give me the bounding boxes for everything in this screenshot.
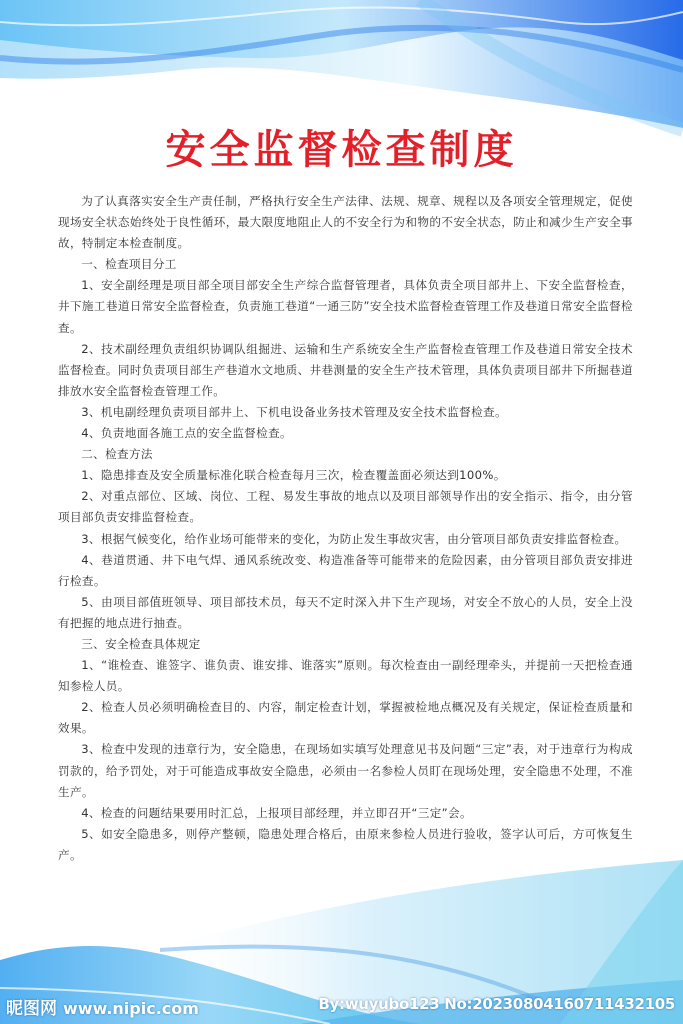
paragraph: 2、对重点部位、区域、岗位、工程、易发生事故的地点以及项目部领导作出的安全指示、… [58, 486, 633, 528]
section-heading-1: 一、检查项目分工 [58, 254, 633, 275]
paragraph: 5、如安全隐患多，则停产整顿，隐患处理合格后，由原来参检人员进行验收，签字认可后… [58, 824, 633, 866]
paragraph: 2、技术副经理负责组织协调队组掘进、运输和生产系统安全生产监督检查管理工作及巷道… [58, 339, 633, 402]
paragraph: 3、根据气候变化，给作业场可能带来的变化，为防止发生事故灾害，由分管项目部负责安… [58, 529, 633, 550]
paragraph: 2、检查人员必须明确检查目的、内容，制定检查计划，掌握被检地点概况及有关规定，保… [58, 697, 633, 739]
watermark-logo: 昵图网www.nipic.com [6, 994, 199, 1019]
paragraph: 1、安全副经理是项目部全项目部安全生产综合监督管理者，具体负责全项目部井上、下安… [58, 275, 633, 338]
paragraph: 3、检查中发现的违章行为，安全隐患，在现场如实填写处理意见书及问题“三定”表，对… [58, 739, 633, 802]
paragraph: 1、隐患排查及安全质量标准化联合检查每月三次，检查覆盖面必须达到100%。 [58, 465, 633, 486]
watermark-credit: By:wuyubo123 No:20230804160711432105 [318, 995, 675, 1013]
watermark-logo-text: 昵图网 [6, 999, 57, 1019]
page-title: 安全监督检查制度 [0, 118, 683, 175]
section-heading-3: 三、安全检查具体规定 [58, 634, 633, 655]
paragraph: 3、机电副经理负责项目部井上、下机电设备业务技术管理及安全技术监督检查。 [58, 402, 633, 423]
paragraph: 5、由项目部值班领导、项目部技术员，每天不定时深入井下生产现场，对安全不放心的人… [58, 592, 633, 634]
paragraph: 4、巷道贯通、井下电气焊、通风系统改变、构造准备等可能带来的危险因素，由分管项目… [58, 550, 633, 592]
watermark-url: www.nipic.com [63, 999, 199, 1018]
section-heading-2: 二、检查方法 [58, 444, 633, 465]
paragraph: 4、负责地面各施工点的安全监督检查。 [58, 423, 633, 444]
intro-paragraph: 为了认真落实安全生产责任制，严格执行安全生产法律、法规、规章、规程以及各项安全管… [58, 191, 633, 254]
document-body: 为了认真落实安全生产责任制，严格执行安全生产法律、法规、规章、规程以及各项安全管… [58, 191, 633, 866]
paragraph: 4、检查的问题结果要用时汇总，上报项目部经理，并立即召开“三定”会。 [58, 803, 633, 824]
paragraph: 1、“谁检查、谁签字、谁负责、谁安排、谁落实”原则。每次检查由一副经理牵头，并提… [58, 655, 633, 697]
